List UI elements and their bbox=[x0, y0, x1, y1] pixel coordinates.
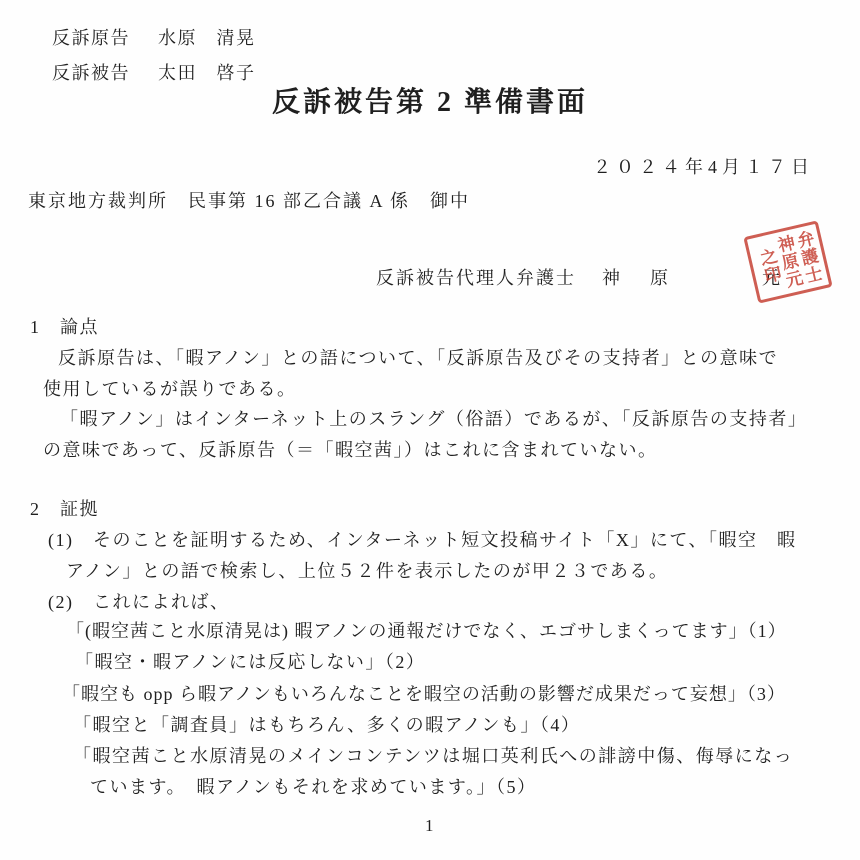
court-addressee: 東京地方裁判所 民事第 16 部乙合議 A 係 御中 bbox=[28, 191, 470, 213]
quote-line: 「暇空・暇アノンには反応しない」（2） bbox=[75, 652, 425, 674]
list-item-line: アノン」との語で検索し、上位５２件を表示したのが甲２３である。 bbox=[66, 561, 668, 583]
attorney-red-seal: 弁護士神原元之印 bbox=[743, 220, 832, 303]
attorney-role: 反訴被告代理人弁護士 bbox=[376, 268, 576, 288]
quote-line: 「(暇空茜こと水原清晃は) 暇アノンの通報だけでなく、エゴサしまくってます」（1… bbox=[66, 621, 787, 643]
quote-line: 「暇空茜こと水原清晃のメインコンテンツは堀口英利氏への誹謗中傷、侮辱になっ bbox=[73, 746, 793, 768]
quote-line: ています。 暇アノンもそれを求めています。」（5） bbox=[90, 777, 536, 799]
quote-line: 「暇空と「調査員」はもちろん、多くの暇アノンも」（4） bbox=[73, 715, 580, 737]
attorney-name-sei: 神 原 bbox=[602, 268, 674, 288]
quote-line: 「暇空も opp ら暇アノンもいろんなことを暇空の活動の影響だ成果だって妄想」（… bbox=[62, 684, 786, 706]
attorney-signature-line: 反訴被告代理人弁護士神 原元 bbox=[350, 246, 782, 311]
document-title: 反訴被告第 2 準備書面 bbox=[0, 86, 860, 120]
party-defendant-label: 反訴被告 bbox=[52, 63, 130, 83]
section-2-heading: 2 証拠 bbox=[30, 499, 99, 521]
paragraph-line: の意味であって、反訴原告（＝「暇空茜」）はこれに含まれていない。 bbox=[43, 440, 657, 462]
paragraph-line: 反訴原告は、「暇アノン」との語について、「反訴原告及びその支持者」との意味で bbox=[58, 348, 778, 370]
document-date: ２０２４年4月１７日 bbox=[593, 157, 814, 179]
party-defendant-name: 太田 啓子 bbox=[158, 63, 256, 83]
list-item-line: (2) これによれば、 bbox=[48, 592, 230, 614]
page-number: 1 bbox=[0, 816, 860, 836]
list-item-line: (1) そのことを証明するため、インターネット短文投稿サイト「X」にて、「暇空 … bbox=[48, 530, 797, 552]
paragraph-line: 使用しているが誤りである。 bbox=[43, 379, 297, 401]
section-1-heading: 1 論点 bbox=[30, 317, 99, 339]
document-page: 反訴原告水原 清晃 反訴被告太田 啓子 反訴被告第 2 準備書面 ２０２４年4月… bbox=[0, 0, 860, 860]
seal-text: 弁護士神原元之印 bbox=[752, 227, 824, 297]
paragraph-line: 「暇アノン」はインターネット上のスラング（俗語）であるが、「反訴原告の支持者」 bbox=[60, 409, 807, 431]
